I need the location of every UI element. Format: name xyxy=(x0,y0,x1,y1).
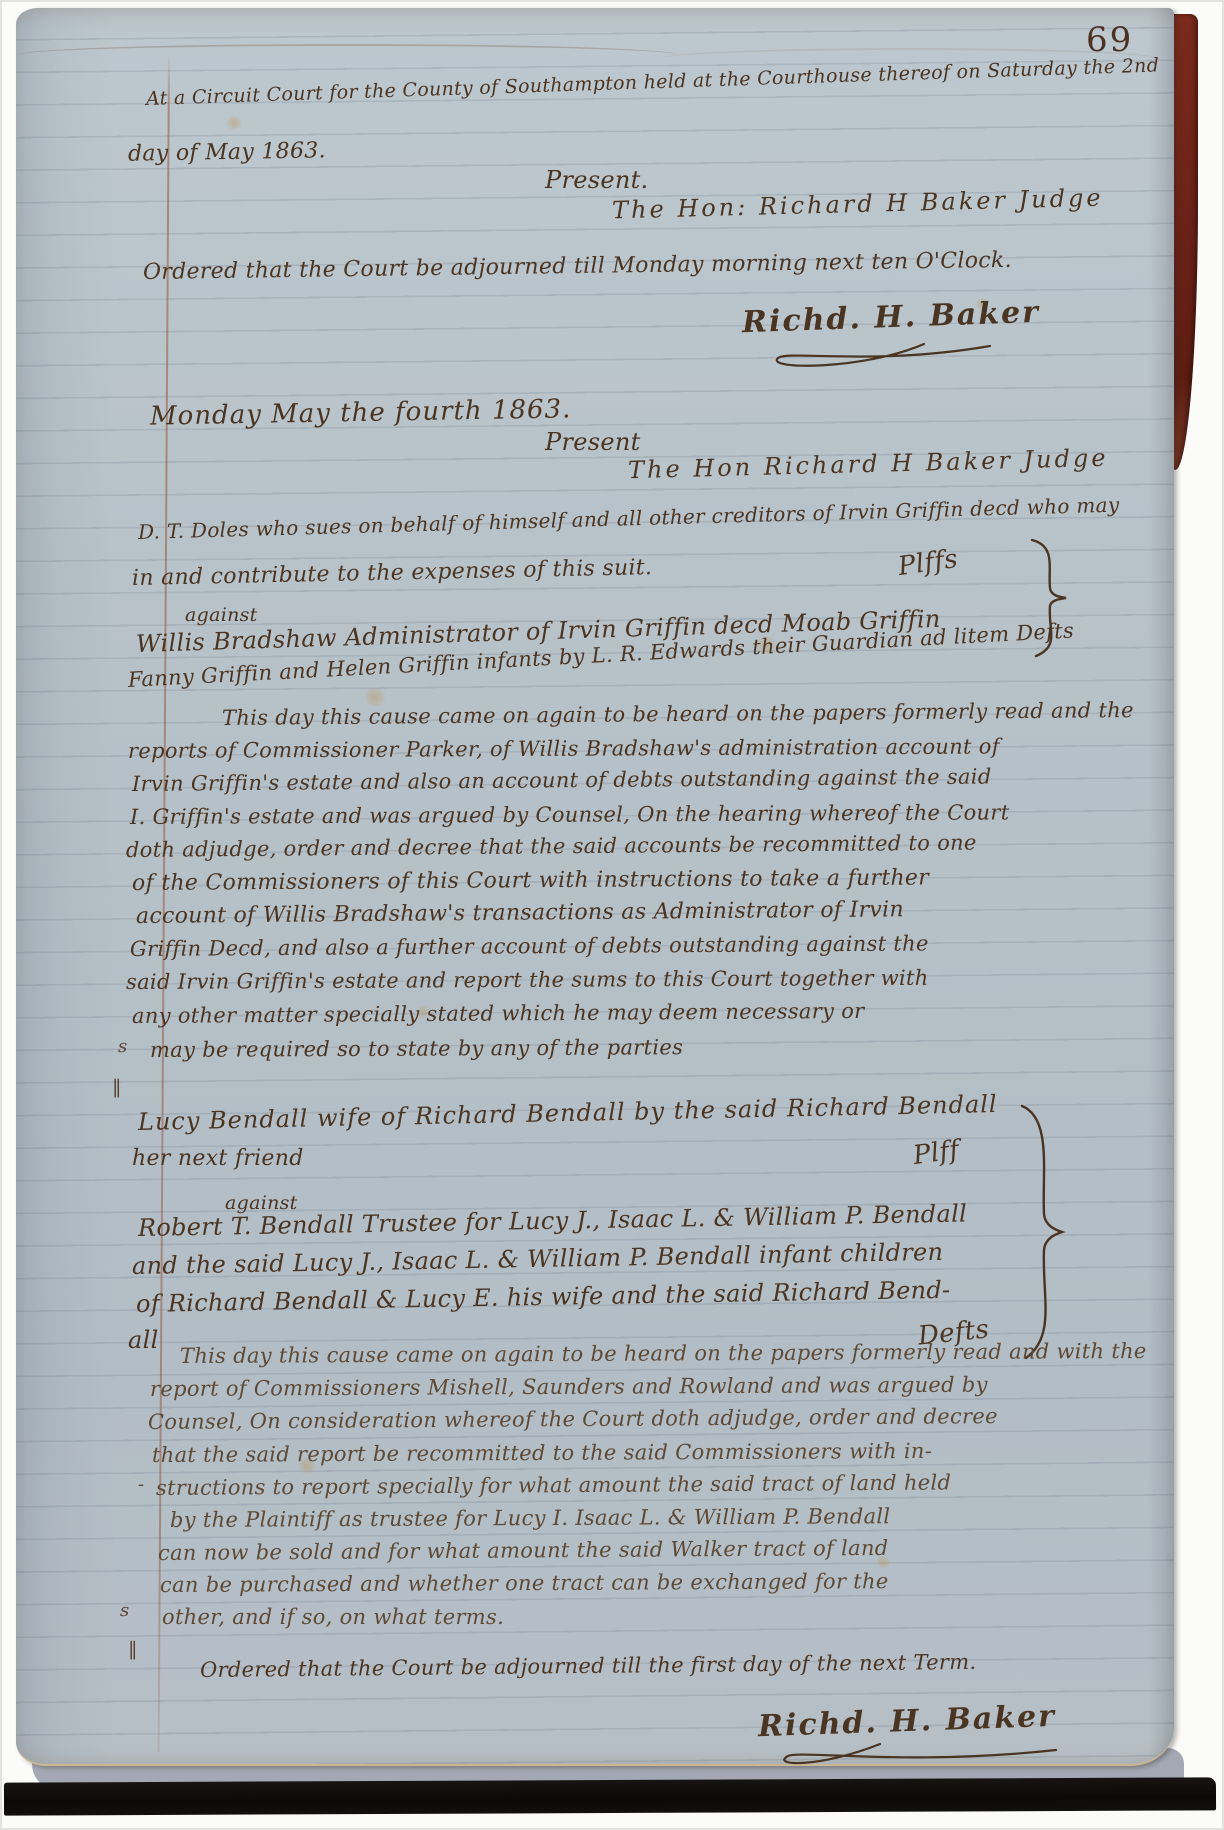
decree-line: I. Griffin's estate and was argued by Co… xyxy=(130,800,1010,829)
margin-mark: - xyxy=(138,1474,144,1495)
margin-mark: ‖ xyxy=(112,1076,122,1098)
foxing-spot xyxy=(364,688,386,706)
against-label: against xyxy=(185,604,258,626)
decree-line: report of Commissioners Mishell, Saunder… xyxy=(150,1373,988,1401)
decree-line: any other matter specially stated which … xyxy=(132,999,865,1028)
ledger-page-scan: 69 At a Circuit Court for the County of … xyxy=(0,0,1224,1830)
plaintiff-label: Plff xyxy=(911,1135,961,1171)
present-label: Present. xyxy=(545,166,648,194)
decree-line: may be required so to state by any of th… xyxy=(150,1035,683,1062)
decree-line: can now be sold and for what amount the … xyxy=(158,1536,889,1565)
decree-line: that the said report be recommitted to t… xyxy=(152,1439,932,1467)
plaintiff-line: her next friend xyxy=(132,1146,304,1171)
decree-line: This day this cause came on again to be … xyxy=(180,1339,1147,1368)
margin-mark: s xyxy=(118,1036,127,1057)
decree-line: reports of Commissioner Parker, of Willi… xyxy=(128,734,1000,763)
present-label: Present xyxy=(545,428,641,456)
margin-mark: s xyxy=(120,1600,129,1621)
page-number: 69 xyxy=(1086,20,1133,60)
margin-mark: ‖ xyxy=(128,1638,138,1660)
decree-line: can be purchased and whether one tract c… xyxy=(160,1569,889,1597)
signature-flourish xyxy=(760,1742,1060,1772)
decree-line: other, and if so, on what terms. xyxy=(162,1605,504,1629)
table-surface xyxy=(4,1777,1216,1815)
signature-flourish xyxy=(744,340,994,374)
case-brace xyxy=(1026,538,1074,658)
foxing-spot xyxy=(226,116,242,130)
defendant-line: all xyxy=(128,1326,159,1354)
case-brace xyxy=(1014,1104,1070,1360)
page-curl-line xyxy=(18,44,678,66)
decree-line: said Irvin Griffin's estate and report t… xyxy=(126,966,929,994)
heading-line: day of May 1863. xyxy=(128,138,326,166)
decree-line: by the Plaintiff as trustee for Lucy I. … xyxy=(170,1504,891,1532)
